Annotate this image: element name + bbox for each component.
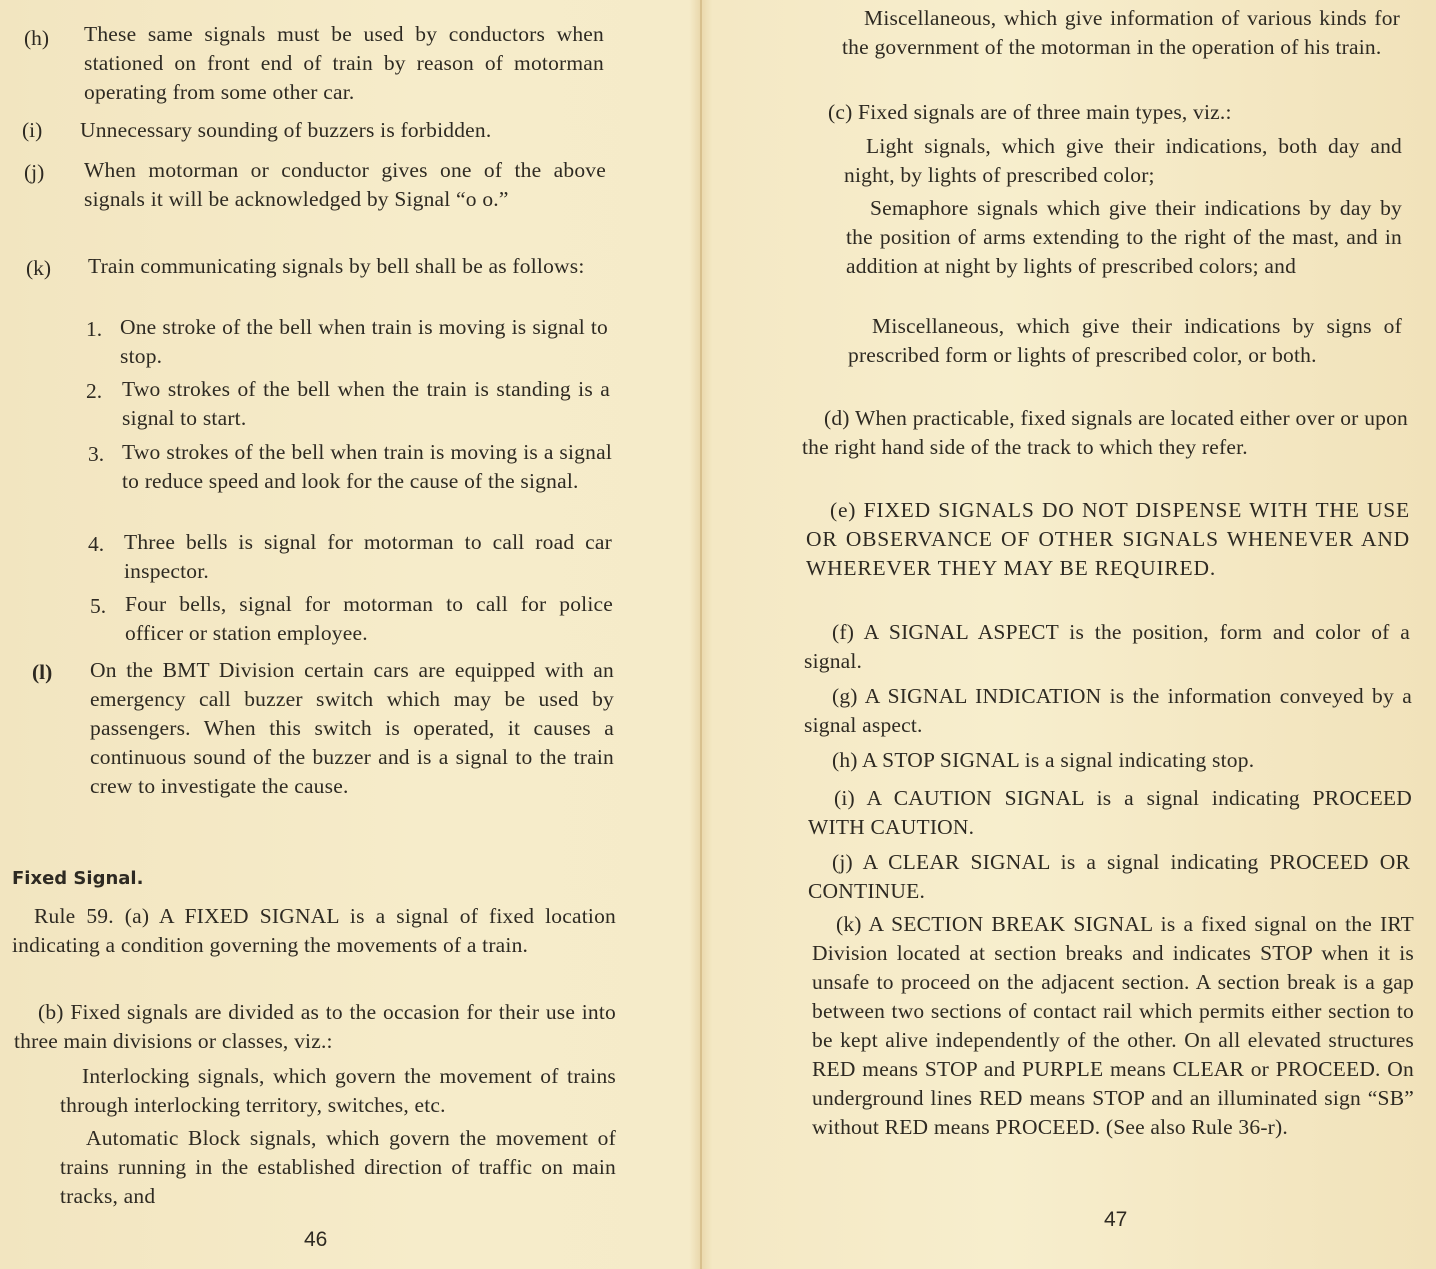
rule-i: (i) A CAUTION SIGNAL is a signal indicat… [808,784,1412,842]
bell-5-text: Four bells, signal for motorman to call … [125,590,613,648]
item-l-label: (l) [32,658,52,687]
bell-4-num: 4. [88,530,104,559]
item-k-text: Train communicating signals by bell shal… [88,252,608,281]
class-automatic-block: Automatic Block signals, which govern th… [60,1124,616,1211]
item-i-text: Unnecessary sounding of buzzers is forbi… [80,116,604,145]
right-page: Miscellaneous, which give information of… [790,0,1436,1269]
bell-2-text: Two strokes of the bell when the train i… [122,375,610,433]
bell-4-text: Three bells is signal for motorman to ca… [124,528,612,586]
left-page: (h) These same signals must be used by c… [0,0,640,1269]
rule-e: (e) FIXED SIGNALS DO NOT DISPENSE WITH T… [806,496,1410,583]
rule-g: (g) A SIGNAL INDICATION is the informati… [804,682,1412,740]
item-k-label: (k) [26,254,51,283]
section-heading-fixed-signal: Fixed Signal. [12,868,143,889]
item-h-text: These same signals must be used by condu… [84,20,604,107]
page-number-right: 47 [1104,1208,1127,1232]
class-interlocking: Interlocking signals, which govern the m… [60,1062,616,1120]
rule-59a: Rule 59. (a) A FIXED SIGNAL is a signal … [12,902,616,960]
rule-d: (d) When practicable, fixed signals are … [802,404,1408,462]
item-j-label: (j) [24,158,44,187]
rule-59b: (b) Fixed signals are divided as to the … [14,998,616,1056]
bell-1-text: One stroke of the bell when train is mov… [120,313,608,371]
type-miscellaneous: Miscellaneous, which give their indicati… [848,312,1402,370]
type-semaphore: Semaphore signals which give their indic… [846,194,1402,281]
rule-c: (c) Fixed signals are of three main type… [828,98,1400,127]
item-l-text: On the BMT Division certain cars are equ… [90,656,614,801]
rule-k: (k) A SECTION BREAK SIGNAL is a fixed si… [812,910,1414,1142]
bell-3-num: 3. [88,440,104,469]
item-h-label: (h) [24,24,49,53]
type-light: Light signals, which give their indicati… [844,132,1402,190]
rule-j: (j) A CLEAR SIGNAL is a signal indicatin… [808,848,1410,906]
bell-2-num: 2. [86,377,102,406]
book-spread: (h) These same signals must be used by c… [0,0,1436,1269]
bell-1-num: 1. [86,315,102,344]
class-miscellaneous: Miscellaneous, which give information of… [842,4,1400,62]
item-j-text: When motorman or conductor gives one of … [84,156,606,214]
item-i-label: (i) [22,116,42,145]
rule-f: (f) A SIGNAL ASPECT is the position, for… [804,618,1410,676]
bell-5-num: 5. [90,592,106,621]
rule-h: (h) A STOP SIGNAL is a signal indicating… [832,746,1412,775]
page-number-left: 46 [304,1228,327,1252]
bell-3-text: Two strokes of the bell when train is mo… [122,438,612,496]
book-spine [700,0,702,1269]
